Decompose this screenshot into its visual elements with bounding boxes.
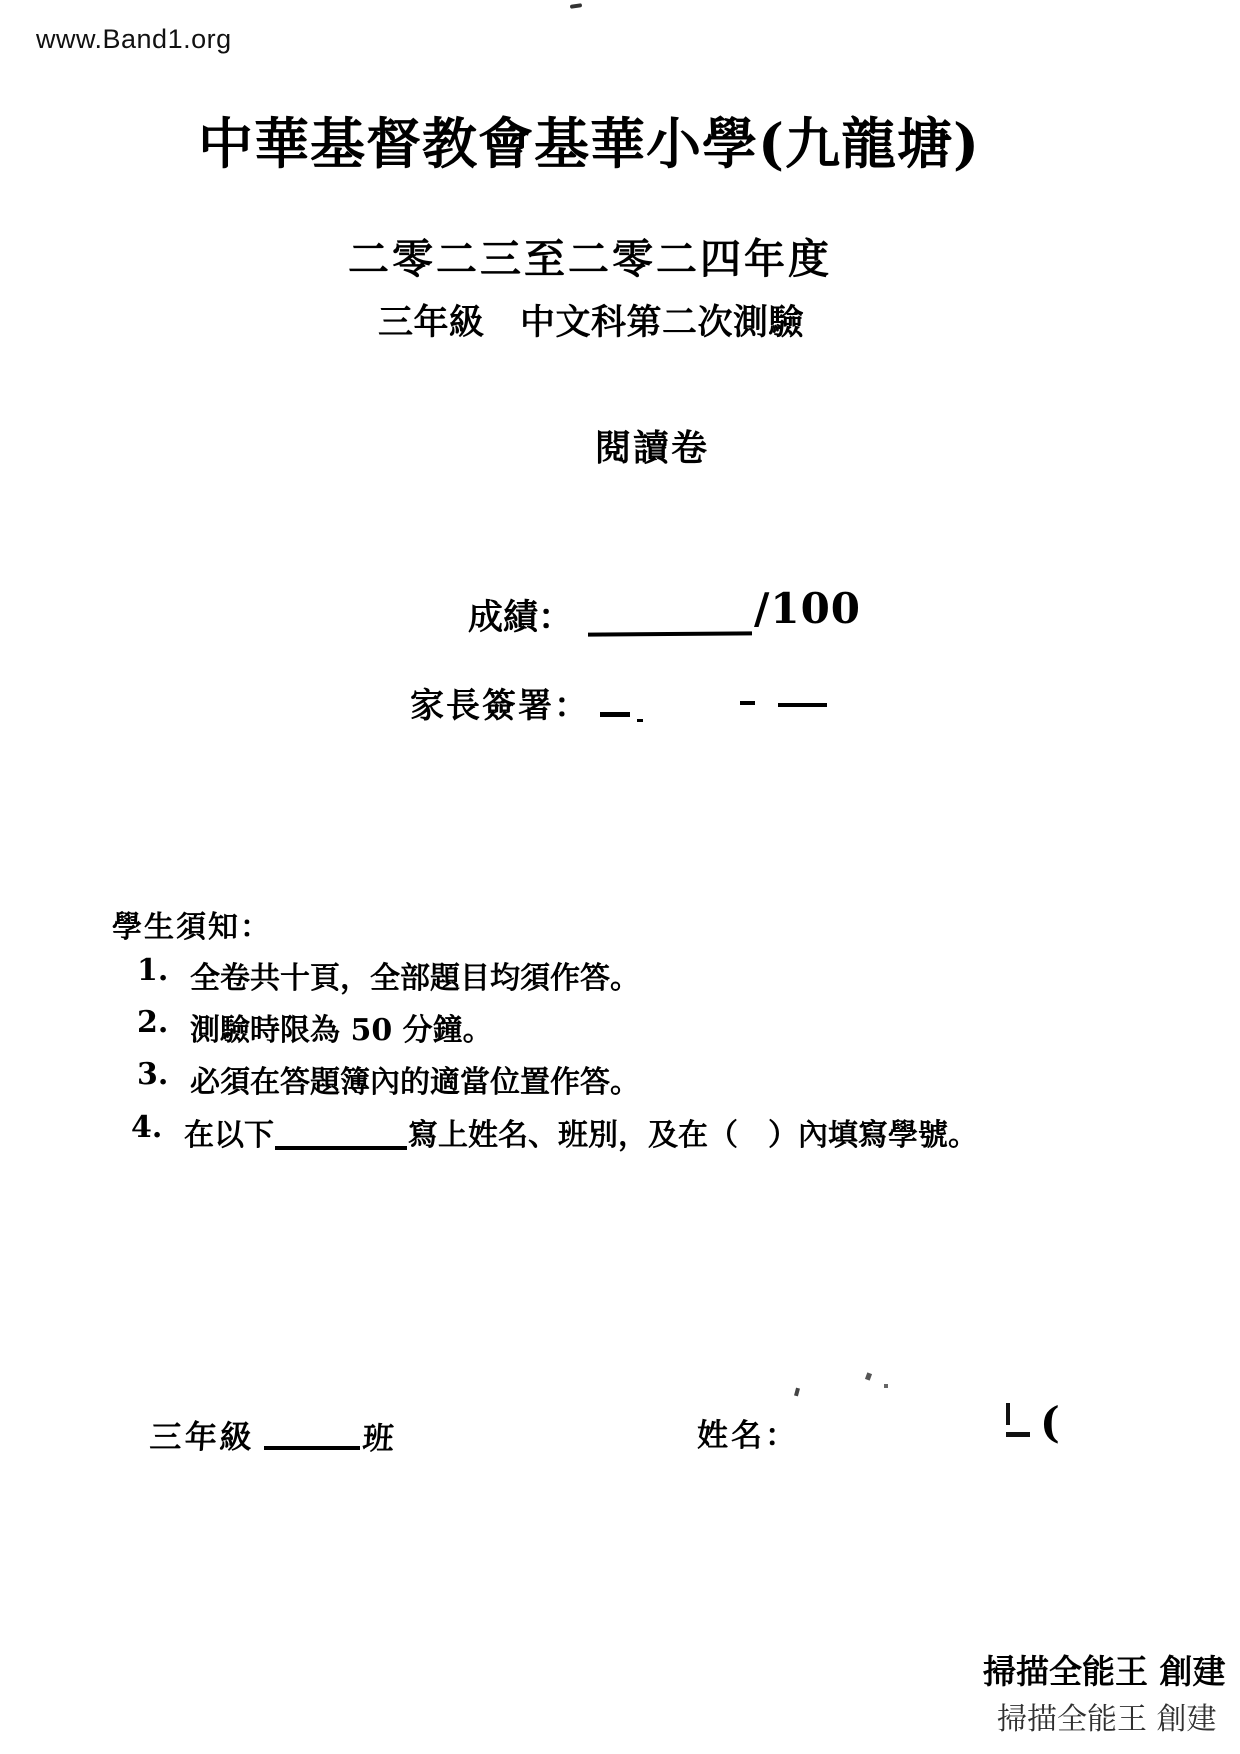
scan-artifact-faint-dot xyxy=(884,1384,888,1388)
note-blank-line xyxy=(275,1146,407,1150)
note-item-number: 3. xyxy=(137,1057,190,1092)
class-blank-line xyxy=(264,1446,360,1450)
scan-artifact-erased-mark xyxy=(1006,1403,1010,1425)
scan-artifact-signature-dash xyxy=(740,701,755,705)
school-name-title: 中華基督教會基華小學(九龍塘) xyxy=(198,100,980,179)
scan-artifact-top-dash xyxy=(570,3,582,9)
student-number-paren: ( xyxy=(1040,1398,1060,1447)
note-item-text: 測驗時限為 50 分鐘。 xyxy=(190,1005,493,1049)
exam-title-line: 三年級 中文科第二次測驗 xyxy=(378,295,804,345)
scan-artifact-faint-dot xyxy=(794,1388,800,1397)
scanner-credit-line2: 掃描全能王 創建 xyxy=(997,1694,1217,1738)
school-year-line: 二零二三至二零二四年度 xyxy=(348,226,832,285)
note-item-text: 必須在答題簿內的適當位置作答。 xyxy=(190,1057,640,1101)
student-notes-heading: 學生須知： xyxy=(112,902,272,946)
class-suffix-label: 班 xyxy=(361,1413,395,1458)
note-item-number: 4. xyxy=(131,1110,184,1145)
note-item-2: 2. 測驗時限為 50 分鐘。 xyxy=(137,1005,493,1049)
score-label: 成績： xyxy=(468,590,573,640)
note-item-number: 2. xyxy=(137,1005,190,1040)
scan-artifact-signature-dot xyxy=(637,719,643,722)
score-blank-line xyxy=(588,631,752,636)
score-total: /100 xyxy=(754,584,861,633)
scan-artifact-erased-underscore xyxy=(1006,1432,1030,1437)
note-item-3: 3. 必須在答題簿內的適當位置作答。 xyxy=(137,1057,640,1101)
student-name-label: 姓名： xyxy=(697,1410,799,1455)
scanner-credit-line1: 掃描全能王 創建 xyxy=(983,1646,1226,1693)
paper-type-label: 閱讀卷 xyxy=(595,420,709,471)
scan-artifact-signature-dash xyxy=(778,703,827,707)
note-item-number: 1. xyxy=(137,953,190,988)
scanned-document-page: www.Band1.org 中華基督教會基華小學(九龍塘) 二零二三至二零二四年… xyxy=(0,0,1240,1754)
note-item-1: 1. 全卷共十頁，全部題目均須作答。 xyxy=(137,953,640,997)
note-item-text-before: 在以下 xyxy=(184,1110,274,1154)
class-grade-label: 三年級 xyxy=(148,1412,256,1458)
note-item-text-after: 寫上姓名、班別，及在（ ）內填寫學號。 xyxy=(408,1110,978,1154)
parent-signature-label: 家長簽署： xyxy=(410,678,590,727)
note-item-text: 全卷共十頁，全部題目均須作答。 xyxy=(190,953,640,997)
note-item-4: 4. 在以下 寫上姓名、班別，及在（ ）內填寫學號。 xyxy=(131,1110,978,1154)
scan-artifact-signature-dash xyxy=(600,712,630,717)
scan-artifact-faint-dot xyxy=(865,1372,872,1380)
site-watermark: www.Band1.org xyxy=(36,24,232,55)
